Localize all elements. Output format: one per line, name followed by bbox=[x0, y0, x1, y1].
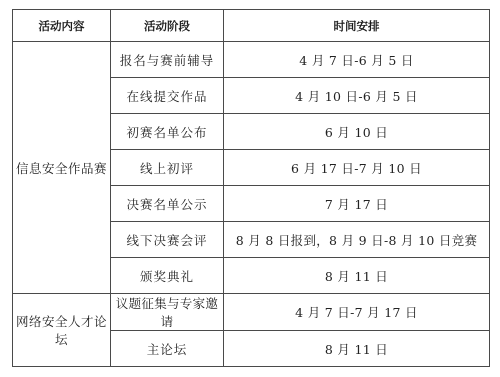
time-cell: 8 月 8 日报到，8 月 9 日-8 月 10 日竞赛 bbox=[224, 222, 490, 258]
time-cell: 6 月 10 日 bbox=[224, 114, 490, 150]
time-cell: 4 月 7 日-7 月 17 日 bbox=[224, 294, 490, 331]
header-activity-content: 活动内容 bbox=[13, 10, 111, 42]
header-time-schedule: 时间安排 bbox=[224, 10, 490, 42]
stage-cell: 线下决赛会评 bbox=[111, 222, 224, 258]
table-row: 信息安全作品赛 报名与赛前辅导 4 月 7 日-6 月 5 日 bbox=[13, 42, 490, 78]
header-row: 活动内容 活动阶段 时间安排 bbox=[13, 10, 490, 42]
group-cell-info-security-contest: 信息安全作品赛 bbox=[13, 42, 111, 294]
time-cell: 8 月 11 日 bbox=[224, 258, 490, 294]
schedule-table: 活动内容 活动阶段 时间安排 信息安全作品赛 报名与赛前辅导 4 月 7 日-6… bbox=[12, 9, 490, 367]
stage-cell: 报名与赛前辅导 bbox=[111, 42, 224, 78]
header-activity-stage: 活动阶段 bbox=[111, 10, 224, 42]
time-cell: 4 月 10 日-6 月 5 日 bbox=[224, 78, 490, 114]
time-cell: 8 月 11 日 bbox=[224, 331, 490, 367]
stage-cell: 颁奖典礼 bbox=[111, 258, 224, 294]
stage-cell: 主论坛 bbox=[111, 331, 224, 367]
time-cell: 6 月 17 日-7 月 10 日 bbox=[224, 150, 490, 186]
stage-cell: 决赛名单公示 bbox=[111, 186, 224, 222]
stage-cell: 线上初评 bbox=[111, 150, 224, 186]
group-cell-cybersecurity-talent-forum: 网络安全人才论坛 bbox=[13, 294, 111, 367]
stage-cell: 议题征集与专家邀请 bbox=[111, 294, 224, 331]
time-cell: 7 月 17 日 bbox=[224, 186, 490, 222]
stage-cell: 在线提交作品 bbox=[111, 78, 224, 114]
time-cell: 4 月 7 日-6 月 5 日 bbox=[224, 42, 490, 78]
table-row: 网络安全人才论坛 议题征集与专家邀请 4 月 7 日-7 月 17 日 bbox=[13, 294, 490, 331]
stage-cell: 初赛名单公布 bbox=[111, 114, 224, 150]
